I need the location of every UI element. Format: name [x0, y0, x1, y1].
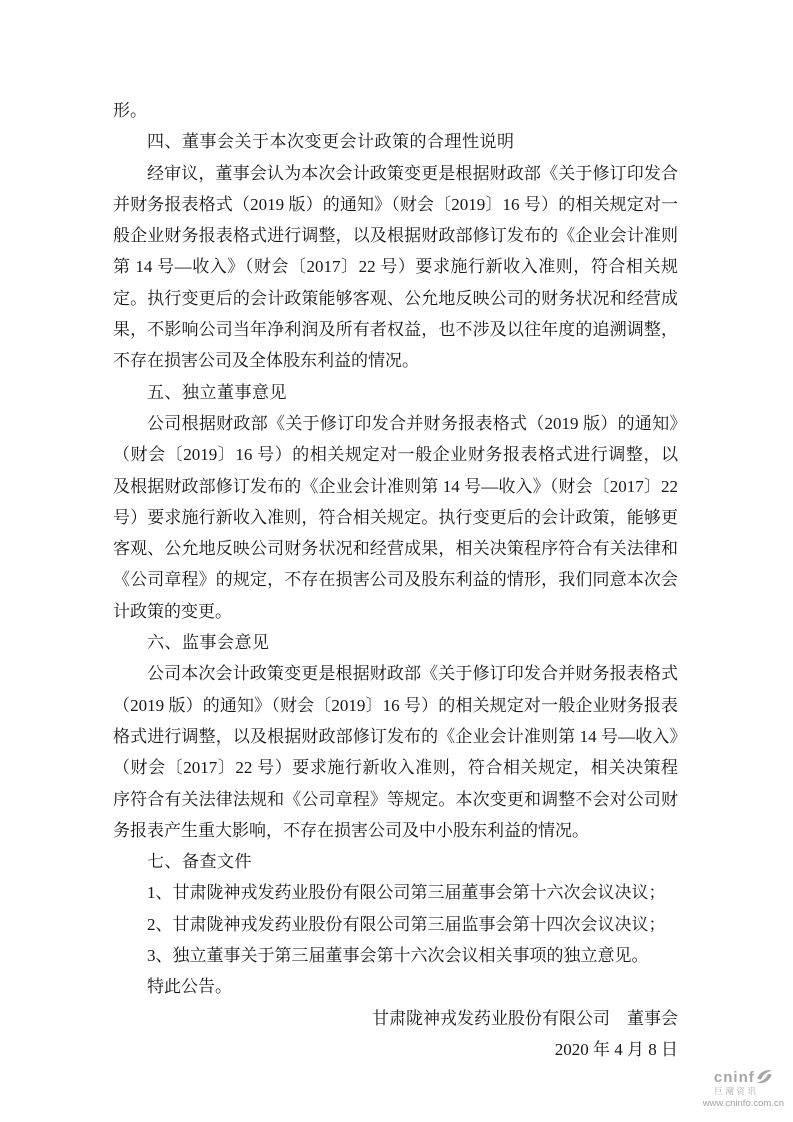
cninfo-brand-row: cninf: [703, 1070, 784, 1087]
reference-document-item-3: 3、独立董事关于第三届董事会第十六次会议相关事项的独立意见。: [113, 940, 678, 971]
section-body-independent-directors: 公司根据财政部《关于修订印发合并财务报表格式（2019 版）的通知》（财会〔20…: [113, 408, 678, 627]
cninfo-chinese-name: 巨潮资讯: [703, 1087, 770, 1096]
section-heading-independent-directors: 五、独立董事意见: [113, 377, 678, 408]
cninfo-watermark: cninf 巨潮资讯 www.cninfo.com.cn: [703, 1070, 784, 1109]
section-body-board-rationale: 经审议，董事会认为本次会计政策变更是根据财政部《关于修订印发合并财务报表格式（2…: [113, 158, 678, 377]
section-heading-board-rationale: 四、董事会关于本次变更会计政策的合理性说明: [113, 126, 678, 157]
signature-company: 甘肃陇神戎发药业股份有限公司 董事会: [113, 1003, 678, 1034]
section-heading-reference-documents: 七、备查文件: [113, 846, 678, 877]
cninfo-brand-text: cninf: [714, 1070, 755, 1087]
document-page: 形。 四、董事会关于本次变更会计政策的合理性说明 经审议，董事会认为本次会计政策…: [0, 0, 793, 1122]
cninfo-swirl-icon: [756, 1071, 773, 1085]
closing-statement: 特此公告。: [113, 971, 678, 1002]
continuation-text: 形。: [113, 95, 678, 126]
section-body-supervisory-board: 公司本次会计政策变更是根据财政部《关于修订印发合并财务报表格式（2019 版）的…: [113, 658, 678, 846]
cninfo-url: www.cninfo.com.cn: [703, 1099, 784, 1109]
section-heading-supervisory-board: 六、监事会意见: [113, 627, 678, 658]
signature-date: 2020 年 4 月 8 日: [113, 1034, 678, 1065]
reference-document-item-2: 2、甘肃陇神戎发药业股份有限公司第三届监事会第十四次会议决议；: [113, 909, 678, 940]
document-content: 形。 四、董事会关于本次变更会计政策的合理性说明 经审议，董事会认为本次会计政策…: [113, 95, 678, 1065]
reference-document-item-1: 1、甘肃陇神戎发药业股份有限公司第三届董事会第十六次会议决议；: [113, 877, 678, 908]
